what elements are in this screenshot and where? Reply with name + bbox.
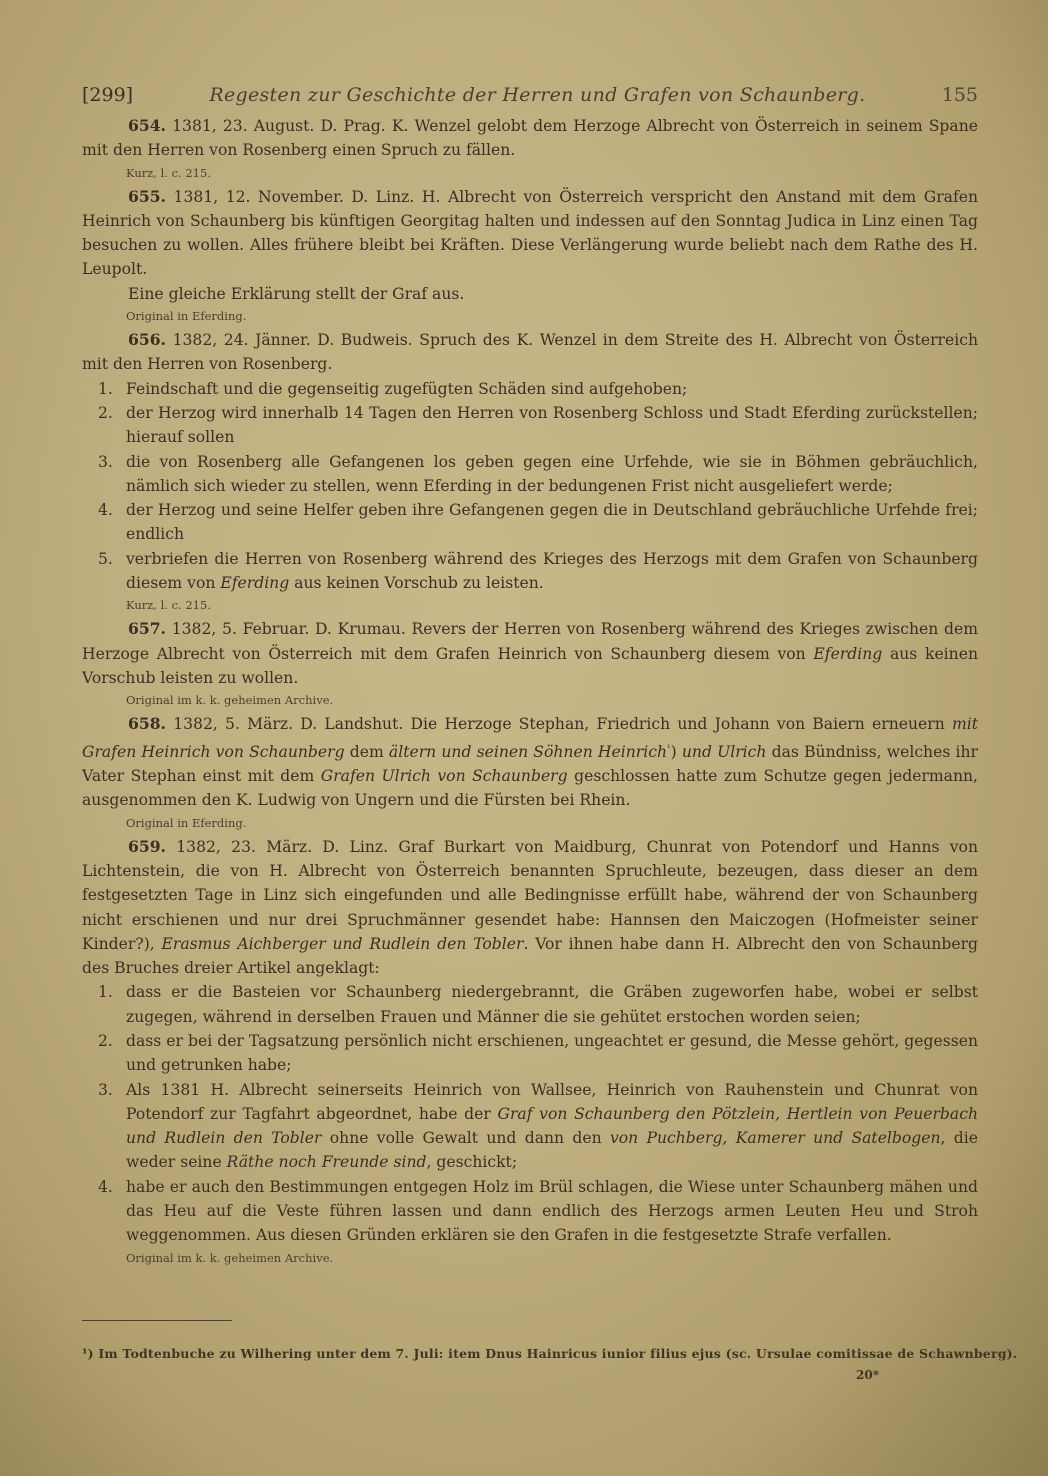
entry-source: Kurz, l. c. 215. [126, 163, 978, 183]
entry-source: Original im k. k. geheimen Archive. [126, 1248, 978, 1268]
entry-number: 657. [128, 619, 166, 638]
footnote-text: Im Todtenbuche zu Wilhering unter dem 7.… [98, 1346, 1017, 1361]
entry-text: 1382, 23. März. D. Linz. Graf Burkart vo… [82, 838, 978, 977]
entry-source: Original in Eferding. [126, 306, 978, 326]
regest-entry-659: 659. 1382, 23. März. D. Linz. Graf Burka… [82, 835, 978, 1268]
page-reference: [299] [82, 84, 133, 106]
list-item: 1.Feindschaft und die gegenseitig zugefü… [82, 377, 978, 401]
list-item: 1.dass er die Basteien vor Schaunberg ni… [82, 980, 978, 1029]
regest-entry-658: 658. 1382, 5. März. D. Landshut. Die Her… [82, 712, 978, 832]
list-item: 2.dass er bei der Tagsatzung persönlich … [82, 1029, 978, 1078]
footnote-divider [82, 1320, 232, 1321]
running-title: Regesten zur Geschichte der Herren und G… [209, 84, 865, 106]
footnote-marker: ¹) [82, 1346, 94, 1361]
entry-text: 1381, 23. August. D. Prag. K. Wenzel gel… [82, 117, 978, 159]
list-item: 3.Als 1381 H. Albrecht seinerseits Heinr… [82, 1078, 978, 1175]
list-item: 4.habe er auch den Bestimmungen entgegen… [82, 1175, 978, 1248]
entry-text: 1381, 12. November. D. Linz. H. Albrecht… [82, 188, 978, 279]
entry-number: 654. [128, 116, 166, 135]
article-list: 1.dass er die Basteien vor Schaunberg ni… [82, 980, 978, 1247]
signature-mark: 20* [856, 1368, 879, 1382]
entry-number: 659. [128, 837, 166, 856]
regest-entry-657: 657. 1382, 5. Februar. D. Krumau. Revers… [82, 617, 978, 710]
entry-source: Original in Eferding. [126, 813, 978, 833]
entry-text: 1382, 5. März. D. Landshut. Die Herzoge … [82, 715, 978, 809]
page-number: 155 [942, 84, 978, 106]
list-item: 3.die von Rosenberg alle Gefangenen los … [82, 450, 978, 499]
entry-number: 655. [128, 187, 166, 206]
footnote: ¹) Im Todtenbuche zu Wilhering unter dem… [82, 1346, 982, 1361]
entry-number: 658. [128, 714, 166, 733]
entry-text: 1382, 24. Jänner. D. Budweis. Spruch des… [82, 331, 978, 373]
regest-entry-655: 655. 1381, 12. November. D. Linz. H. Alb… [82, 185, 978, 326]
book-page: [299] Regesten zur Geschichte der Herren… [82, 84, 978, 1270]
regest-entry-656: 656. 1382, 24. Jänner. D. Budweis. Spruc… [82, 328, 978, 615]
entry-source: Kurz, l. c. 215. [126, 595, 978, 615]
running-head: [299] Regesten zur Geschichte der Herren… [82, 84, 978, 106]
entry-source: Original im k. k. geheimen Archive. [126, 690, 978, 710]
list-item: 5.verbriefen die Herren von Rosenberg wä… [82, 547, 978, 596]
article-list: 1.Feindschaft und die gegenseitig zugefü… [82, 377, 978, 596]
entry-number: 656. [128, 330, 166, 349]
entry-continuation: Eine gleiche Erklärung stellt der Graf a… [82, 282, 978, 306]
list-item: 2.der Herzog wird innerhalb 14 Tagen den… [82, 401, 978, 450]
list-item: 4.der Herzog und seine Helfer geben ihre… [82, 498, 978, 547]
regest-entry-654: 654. 1381, 23. August. D. Prag. K. Wenze… [82, 114, 978, 183]
